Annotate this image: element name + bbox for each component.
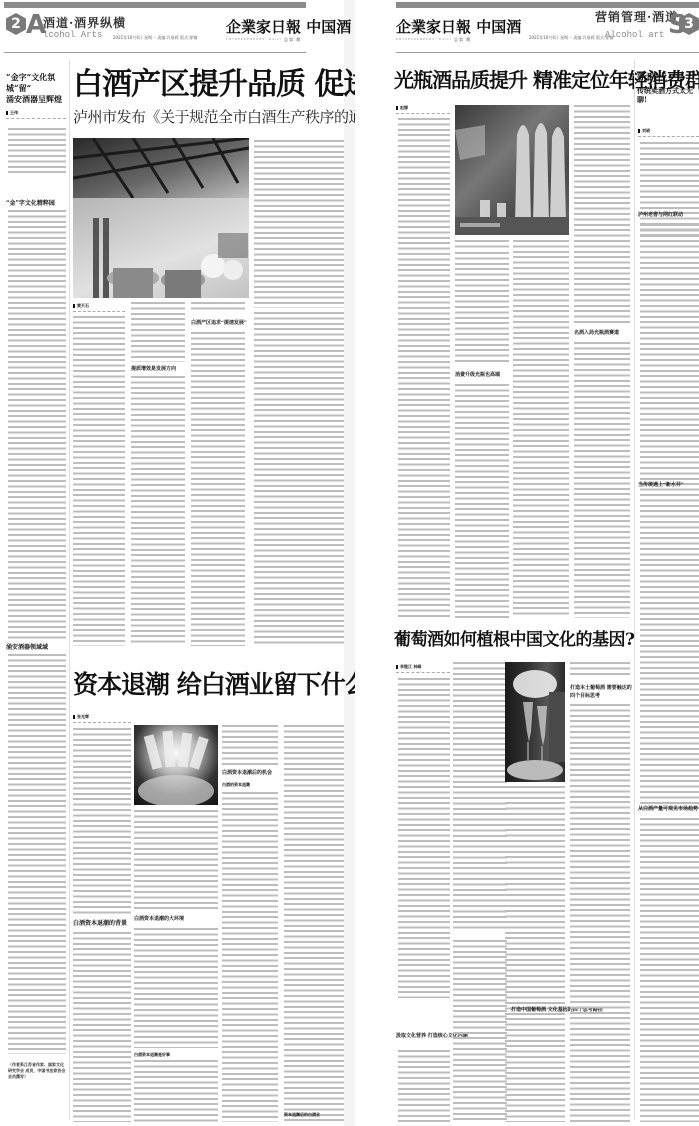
second-subhead: 白酒资本退潮后的机会 bbox=[222, 770, 272, 777]
glasses-illustration bbox=[134, 725, 218, 805]
side-title-line2: 传统卖酒方式太无聊! bbox=[637, 86, 699, 105]
second-body-text bbox=[284, 725, 344, 1122]
lead-body-text bbox=[73, 316, 125, 646]
sidebar-footnote: （作者系江苏省作家、国家文化研究学会 成员，中国书法家协会会员撰写） bbox=[8, 1062, 66, 1080]
bottles-photo bbox=[455, 105, 569, 235]
column-rule bbox=[634, 60, 635, 1120]
dateline: 2021年10月4日 星期一 责编:许晨辉 版式:徐楠 bbox=[113, 35, 197, 41]
second-subhead: 白酒资本退潮的大环境 bbox=[134, 916, 184, 923]
toast-photo bbox=[134, 725, 218, 805]
section-title: 酒道·酒界纵横 bbox=[43, 14, 126, 31]
lead-body-text bbox=[574, 342, 630, 618]
side-title-line1: 新时代 bbox=[637, 72, 699, 86]
second-body-text bbox=[134, 1060, 218, 1122]
side-title: 新时代 传统卖酒方式太无聊! bbox=[637, 72, 699, 104]
divider bbox=[73, 722, 131, 723]
second-body-text bbox=[222, 725, 278, 765]
lead-subhead: 名酒入局光瓶酒赛道 bbox=[574, 330, 619, 337]
lead-subheadline: 泸州市发布《关于规范全市白酒生产秩序的通告》 bbox=[73, 110, 392, 125]
second-body-text bbox=[134, 928, 218, 1048]
masthead: 企業家日報 中国酒 bbox=[226, 16, 351, 37]
lead-body-text bbox=[398, 118, 450, 618]
sidebar-subhead: “金”字文化精粹园 bbox=[6, 200, 55, 208]
masthead: 企業家日報 中国酒 bbox=[396, 16, 521, 37]
side-byline: 刘晓 bbox=[638, 128, 650, 134]
sidebar-body-text bbox=[8, 210, 66, 640]
wine-body-text bbox=[453, 940, 507, 1122]
top-bar bbox=[4, 2, 306, 8]
wine-byline: 李继江 林峰 bbox=[396, 664, 421, 670]
side-subhead: 泸州老窖与网红联动 bbox=[638, 212, 683, 219]
wine-body-text bbox=[398, 678, 450, 998]
side-subhead: 从白酒产量可观见市场趋势 bbox=[638, 806, 698, 813]
column-rule bbox=[69, 60, 70, 1120]
lead-body-text bbox=[131, 302, 185, 362]
second-subhead: 资本退潮后的白酒业 bbox=[284, 1112, 320, 1117]
wine-subhead: 打造本土葡萄酒 需要触达的四个目标思考 bbox=[570, 684, 632, 700]
section-title-en: lcohol Arts bbox=[43, 30, 102, 40]
wine-headline: 葡萄酒如何植根中国文化的基因? bbox=[394, 632, 634, 649]
wine-body-text bbox=[398, 1050, 450, 1122]
divider bbox=[6, 118, 66, 119]
second-subhead: 白酒的资本退潮 bbox=[222, 782, 250, 787]
divider bbox=[396, 672, 450, 673]
lead-body-text bbox=[191, 302, 245, 312]
page-gutter bbox=[344, 0, 355, 1126]
second-body-text bbox=[73, 932, 131, 1122]
second-subhead: 白酒资本退潮的背景 bbox=[73, 920, 127, 928]
lead-subhead: 提质增效是发展方向 bbox=[131, 366, 176, 373]
right-page: 企業家日報 中国酒 ENTREPRENEURS' DAILY 总第 期 营销管理… bbox=[355, 0, 699, 1126]
dateline: 2021年10月4日 星期一 责编:许晨辉 版式:徐楠 bbox=[529, 35, 613, 41]
second-headline: 资本退潮 给白酒业留下什么? bbox=[73, 672, 382, 697]
sidebar-title-line2: 涌安酒器呈辉煌 bbox=[6, 94, 68, 105]
masthead-sub: ENTREPRENEURS' DAILY bbox=[396, 37, 452, 41]
sidebar-subhead: 涌安酒器领域域 bbox=[6, 644, 48, 652]
wine-body-text bbox=[570, 662, 630, 676]
sidebar-body-text bbox=[8, 654, 66, 1054]
second-subhead: 白酒资本退潮是好事 bbox=[134, 1052, 170, 1057]
page-number: 2 bbox=[11, 16, 21, 32]
lead-subhead: 白酒产区追求“提速发展” bbox=[191, 320, 247, 327]
lead-byline: 黄天石 bbox=[73, 303, 89, 309]
lead-body-text bbox=[574, 105, 630, 325]
wine-body-text bbox=[453, 662, 507, 932]
masthead-issue: 总第 期 bbox=[284, 37, 301, 43]
lead-body-text bbox=[254, 140, 344, 308]
divider bbox=[638, 136, 699, 137]
section-title: 营销管理·酒道 bbox=[595, 8, 678, 25]
distillery-photo bbox=[73, 138, 249, 298]
lead-byline: 赵娜 bbox=[396, 105, 408, 111]
wine-glasses-illustration bbox=[505, 662, 565, 782]
side-body-text bbox=[640, 224, 699, 514]
masthead-sub: ENTREPRENEURS' DAILY bbox=[226, 37, 282, 41]
header-rule bbox=[4, 52, 306, 53]
second-body-text bbox=[222, 792, 278, 1122]
divider bbox=[396, 113, 450, 114]
divider bbox=[73, 311, 125, 312]
wine-body-text bbox=[505, 786, 565, 1122]
side-body-text bbox=[640, 818, 699, 1122]
wine-subhead-text: 打造本土葡萄酒 需要触达的四个目标思考 bbox=[570, 684, 632, 700]
masthead-issue: 总第 期 bbox=[454, 37, 471, 43]
second-body-text bbox=[73, 728, 131, 916]
sidebar-body-text bbox=[8, 128, 66, 174]
second-body-text bbox=[134, 810, 218, 910]
lead-body-text bbox=[455, 240, 509, 250]
bottles-illustration bbox=[455, 105, 569, 235]
distillery-illustration bbox=[73, 138, 249, 298]
header-rule bbox=[396, 52, 699, 53]
second-byline: 张光辉 bbox=[73, 714, 89, 720]
wine-body-text bbox=[570, 704, 630, 1122]
lead-body-text bbox=[191, 332, 245, 646]
lead-subhead: 消费升级光瓶也高端 bbox=[455, 372, 500, 379]
sidebar-byline: 王伟 bbox=[6, 110, 18, 116]
sidebar-title-line1: “金字”文化氛城“留” bbox=[6, 72, 68, 94]
lead-body-text bbox=[455, 252, 509, 362]
lead-body-text bbox=[455, 384, 509, 618]
lead-body-text bbox=[131, 376, 185, 646]
sidebar-title: “金字”文化氛城“留” 涌安酒器呈辉煌 bbox=[6, 72, 68, 104]
wine-photo bbox=[505, 662, 565, 782]
page-number-badge: 2 bbox=[6, 13, 26, 35]
section-title-en: Alcohol art bbox=[605, 30, 664, 40]
lead-body-text bbox=[254, 312, 344, 646]
side-subhead: 当传统遇上“新水井” bbox=[638, 482, 684, 489]
side-body-text bbox=[640, 494, 699, 810]
page-number: 3 bbox=[684, 16, 694, 32]
left-page: 2 A 酒道·酒界纵横 lcohol Arts 2021年10月4日 星期一 责… bbox=[0, 0, 344, 1126]
lead-body-text bbox=[513, 240, 569, 618]
